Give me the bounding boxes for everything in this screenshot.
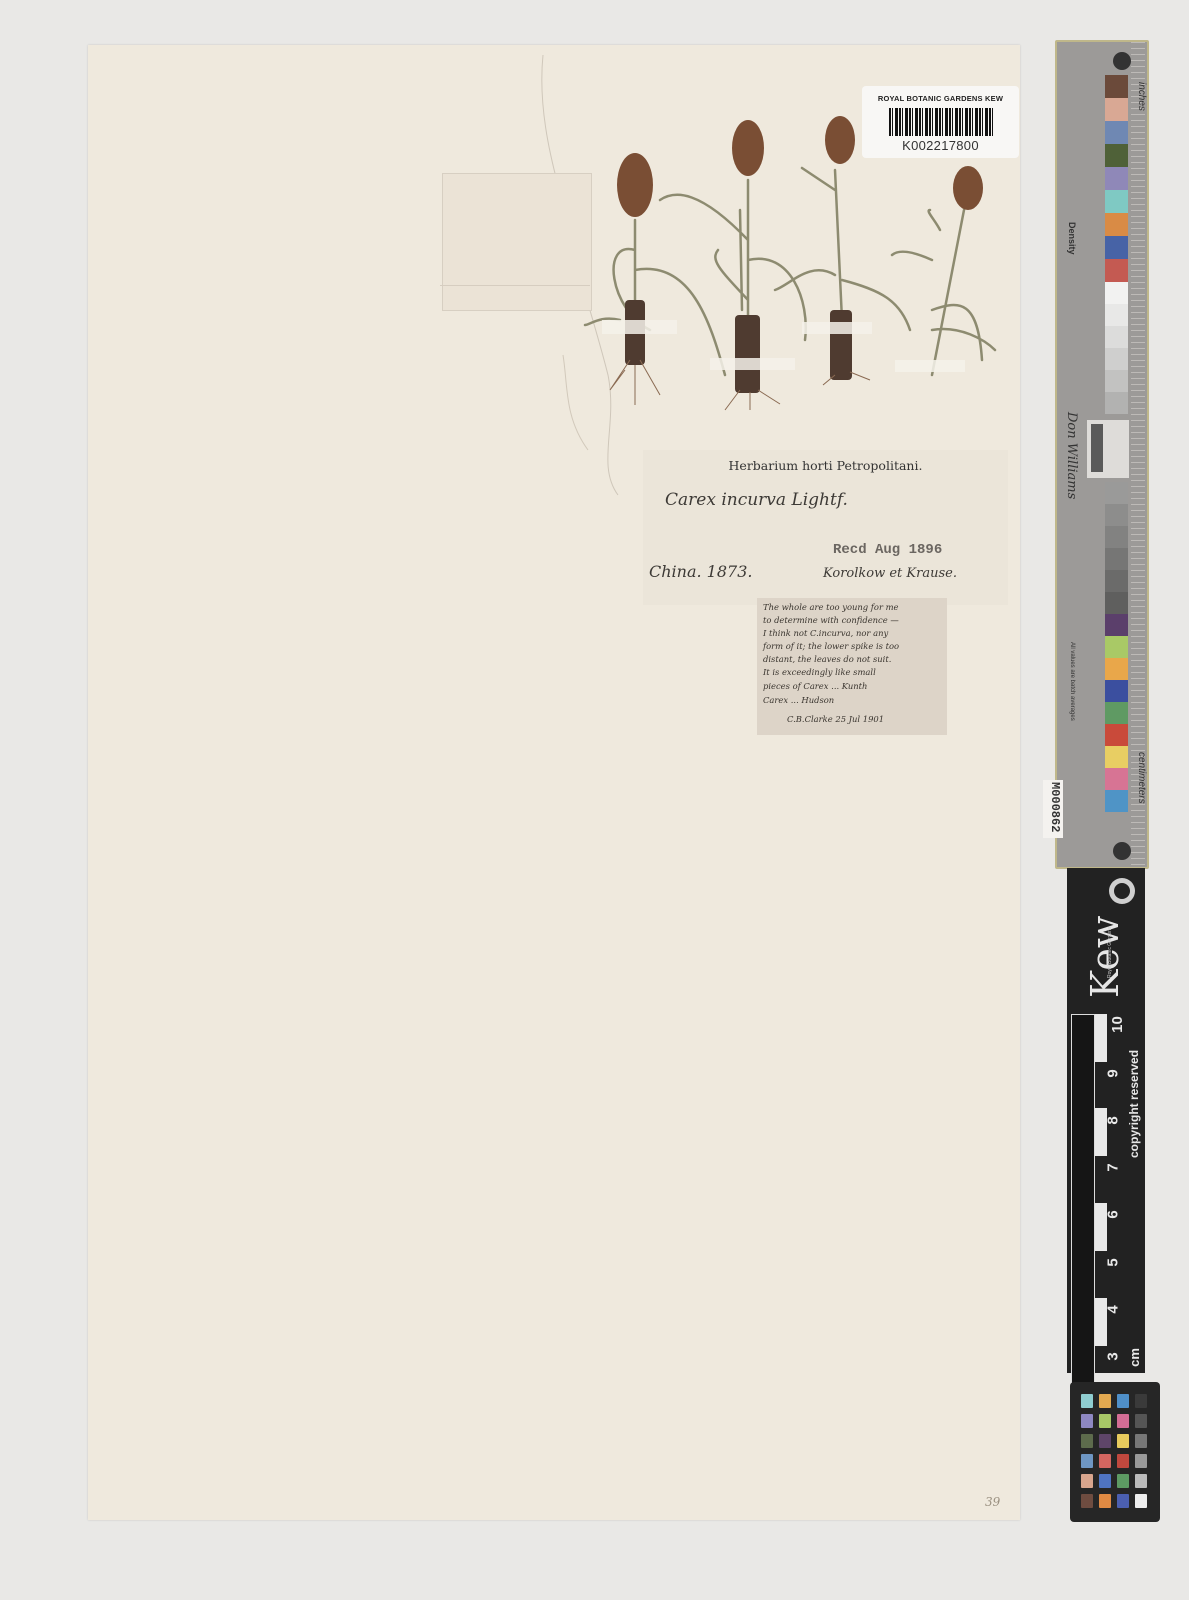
determination-label: Herbarium horti Petropolitani. Carex inc… xyxy=(643,450,1008,605)
color-swatch xyxy=(1105,790,1128,812)
checker-patch xyxy=(1081,1494,1093,1508)
gray-step xyxy=(1105,482,1128,504)
copyright-label: copyright reserved xyxy=(1127,1050,1141,1158)
checker-patch xyxy=(1117,1434,1129,1448)
gray-step xyxy=(1105,570,1128,592)
checker-patch xyxy=(1099,1414,1111,1428)
scale-number: 9 xyxy=(1105,1069,1122,1077)
barcode-icon xyxy=(889,108,993,136)
color-swatch xyxy=(1105,614,1128,636)
scale-number: 3 xyxy=(1105,1352,1122,1360)
note-line: pieces of Carex ... Kunth xyxy=(763,681,867,691)
note-line: distant, the leaves do not suit. xyxy=(763,654,891,664)
locality: China. 1873. xyxy=(649,562,752,581)
scale-number: 7 xyxy=(1105,1163,1122,1171)
scale-segment xyxy=(1095,1014,1107,1062)
annotation-note: The whole are too young for me to determ… xyxy=(757,598,947,735)
color-swatch xyxy=(1105,636,1128,658)
note-line: It is exceedingly like small xyxy=(763,667,876,677)
checker-patch xyxy=(1099,1474,1111,1488)
gray-step xyxy=(1105,392,1128,414)
density-label: Density xyxy=(1067,222,1077,255)
checker-patch xyxy=(1099,1494,1111,1508)
ruler-ticks xyxy=(1131,42,1145,867)
checker-patch xyxy=(1117,1494,1129,1508)
barcode-label: ROYAL BOTANIC GARDENS KEW K002217800 xyxy=(862,86,1019,158)
unit-label: cm xyxy=(1127,1348,1142,1367)
scale-number: 10 xyxy=(1109,1016,1126,1033)
institution-name: ROYAL BOTANIC GARDENS KEW xyxy=(862,94,1019,103)
color-swatch xyxy=(1105,680,1128,702)
checker-patch xyxy=(1117,1394,1129,1408)
color-swatch xyxy=(1105,724,1128,746)
color-swatch xyxy=(1105,144,1128,167)
color-swatch xyxy=(1105,167,1128,190)
resolution-target xyxy=(1087,420,1129,478)
gray-step xyxy=(1105,592,1128,614)
sheet-number: 39 xyxy=(985,1495,1000,1509)
color-swatch xyxy=(1105,259,1128,282)
gray-step xyxy=(1105,548,1128,570)
gray-step xyxy=(1105,504,1128,526)
scale-number: 8 xyxy=(1105,1116,1122,1124)
checker-patch xyxy=(1135,1414,1147,1428)
note-line: Carex ... Hudson xyxy=(763,695,834,705)
checker-patch xyxy=(1117,1454,1129,1468)
color-swatch xyxy=(1105,236,1128,259)
centimeters-label: centimeters xyxy=(1136,752,1147,804)
note-signature: C.B.Clarke 25 Jul 1901 xyxy=(787,714,884,724)
gray-step xyxy=(1105,304,1128,326)
gray-step xyxy=(1105,370,1128,392)
note-line: The whole are too young for me xyxy=(763,602,899,612)
ruler-hole xyxy=(1113,842,1131,860)
checker-patch xyxy=(1081,1454,1093,1468)
checker-patch xyxy=(1135,1394,1147,1408)
inches-label: inches xyxy=(1136,82,1147,111)
kew-scale-bar: Kew Royal Botanic Gardens 10 9 8 7 6 5 4… xyxy=(1067,868,1145,1373)
checker-patch xyxy=(1081,1414,1093,1428)
checker-patch xyxy=(1099,1434,1111,1448)
checker-patch xyxy=(1117,1474,1129,1488)
color-swatch xyxy=(1105,190,1128,213)
color-ruler: inches centimeters Density Don Williams … xyxy=(1055,40,1149,869)
packet-fold xyxy=(440,285,590,310)
scale-segment xyxy=(1095,1108,1107,1156)
checker-patch xyxy=(1135,1434,1147,1448)
ruler-footer-note: All values are batch averages xyxy=(1069,642,1075,721)
kew-subtitle: Royal Botanic Gardens xyxy=(1107,927,1113,978)
color-swatch xyxy=(1105,746,1128,768)
color-swatch xyxy=(1105,121,1128,144)
checker-patch xyxy=(1135,1494,1147,1508)
color-swatch xyxy=(1105,658,1128,680)
barcode-number: K002217800 xyxy=(862,138,1019,153)
accession-number: M000862 xyxy=(1048,782,1062,832)
accession-box: M000862 xyxy=(1043,780,1063,838)
scale-number: 4 xyxy=(1105,1305,1122,1313)
checker-patch xyxy=(1081,1434,1093,1448)
scale-number: 5 xyxy=(1105,1258,1122,1266)
taxon-name: Carex incurva Lightf. xyxy=(665,490,848,510)
herbarium-header: Herbarium horti Petropolitani. xyxy=(643,458,1008,473)
checker-patch xyxy=(1081,1394,1093,1408)
checker-patch xyxy=(1117,1414,1129,1428)
received-stamp: Recd Aug 1896 xyxy=(833,542,942,558)
gray-step xyxy=(1105,526,1128,548)
note-line: I think not C.incurva, nor any xyxy=(763,628,888,638)
color-swatch xyxy=(1105,702,1128,724)
color-swatch xyxy=(1105,213,1128,236)
ruler-hole xyxy=(1113,52,1131,70)
kew-logo: Kew xyxy=(1083,916,1127,998)
gray-step xyxy=(1105,348,1128,370)
checker-patch xyxy=(1099,1394,1111,1408)
checker-patch xyxy=(1135,1474,1147,1488)
scale-number: 6 xyxy=(1105,1210,1122,1218)
kew-crest-icon xyxy=(1105,874,1139,908)
note-line: form of it; the lower spike is too xyxy=(763,641,899,651)
checker-patch xyxy=(1099,1454,1111,1468)
color-checker-card xyxy=(1070,1382,1160,1522)
gray-step xyxy=(1105,326,1128,348)
checker-patch xyxy=(1135,1454,1147,1468)
ruler-brand: Don Williams xyxy=(1064,412,1079,499)
color-swatch xyxy=(1105,98,1128,121)
color-swatch xyxy=(1105,75,1128,98)
color-swatch xyxy=(1105,768,1128,790)
gray-step xyxy=(1105,282,1128,304)
checker-patch xyxy=(1081,1474,1093,1488)
collectors: Korolkow et Krause. xyxy=(823,566,957,581)
note-line: to determine with confidence — xyxy=(763,615,899,625)
